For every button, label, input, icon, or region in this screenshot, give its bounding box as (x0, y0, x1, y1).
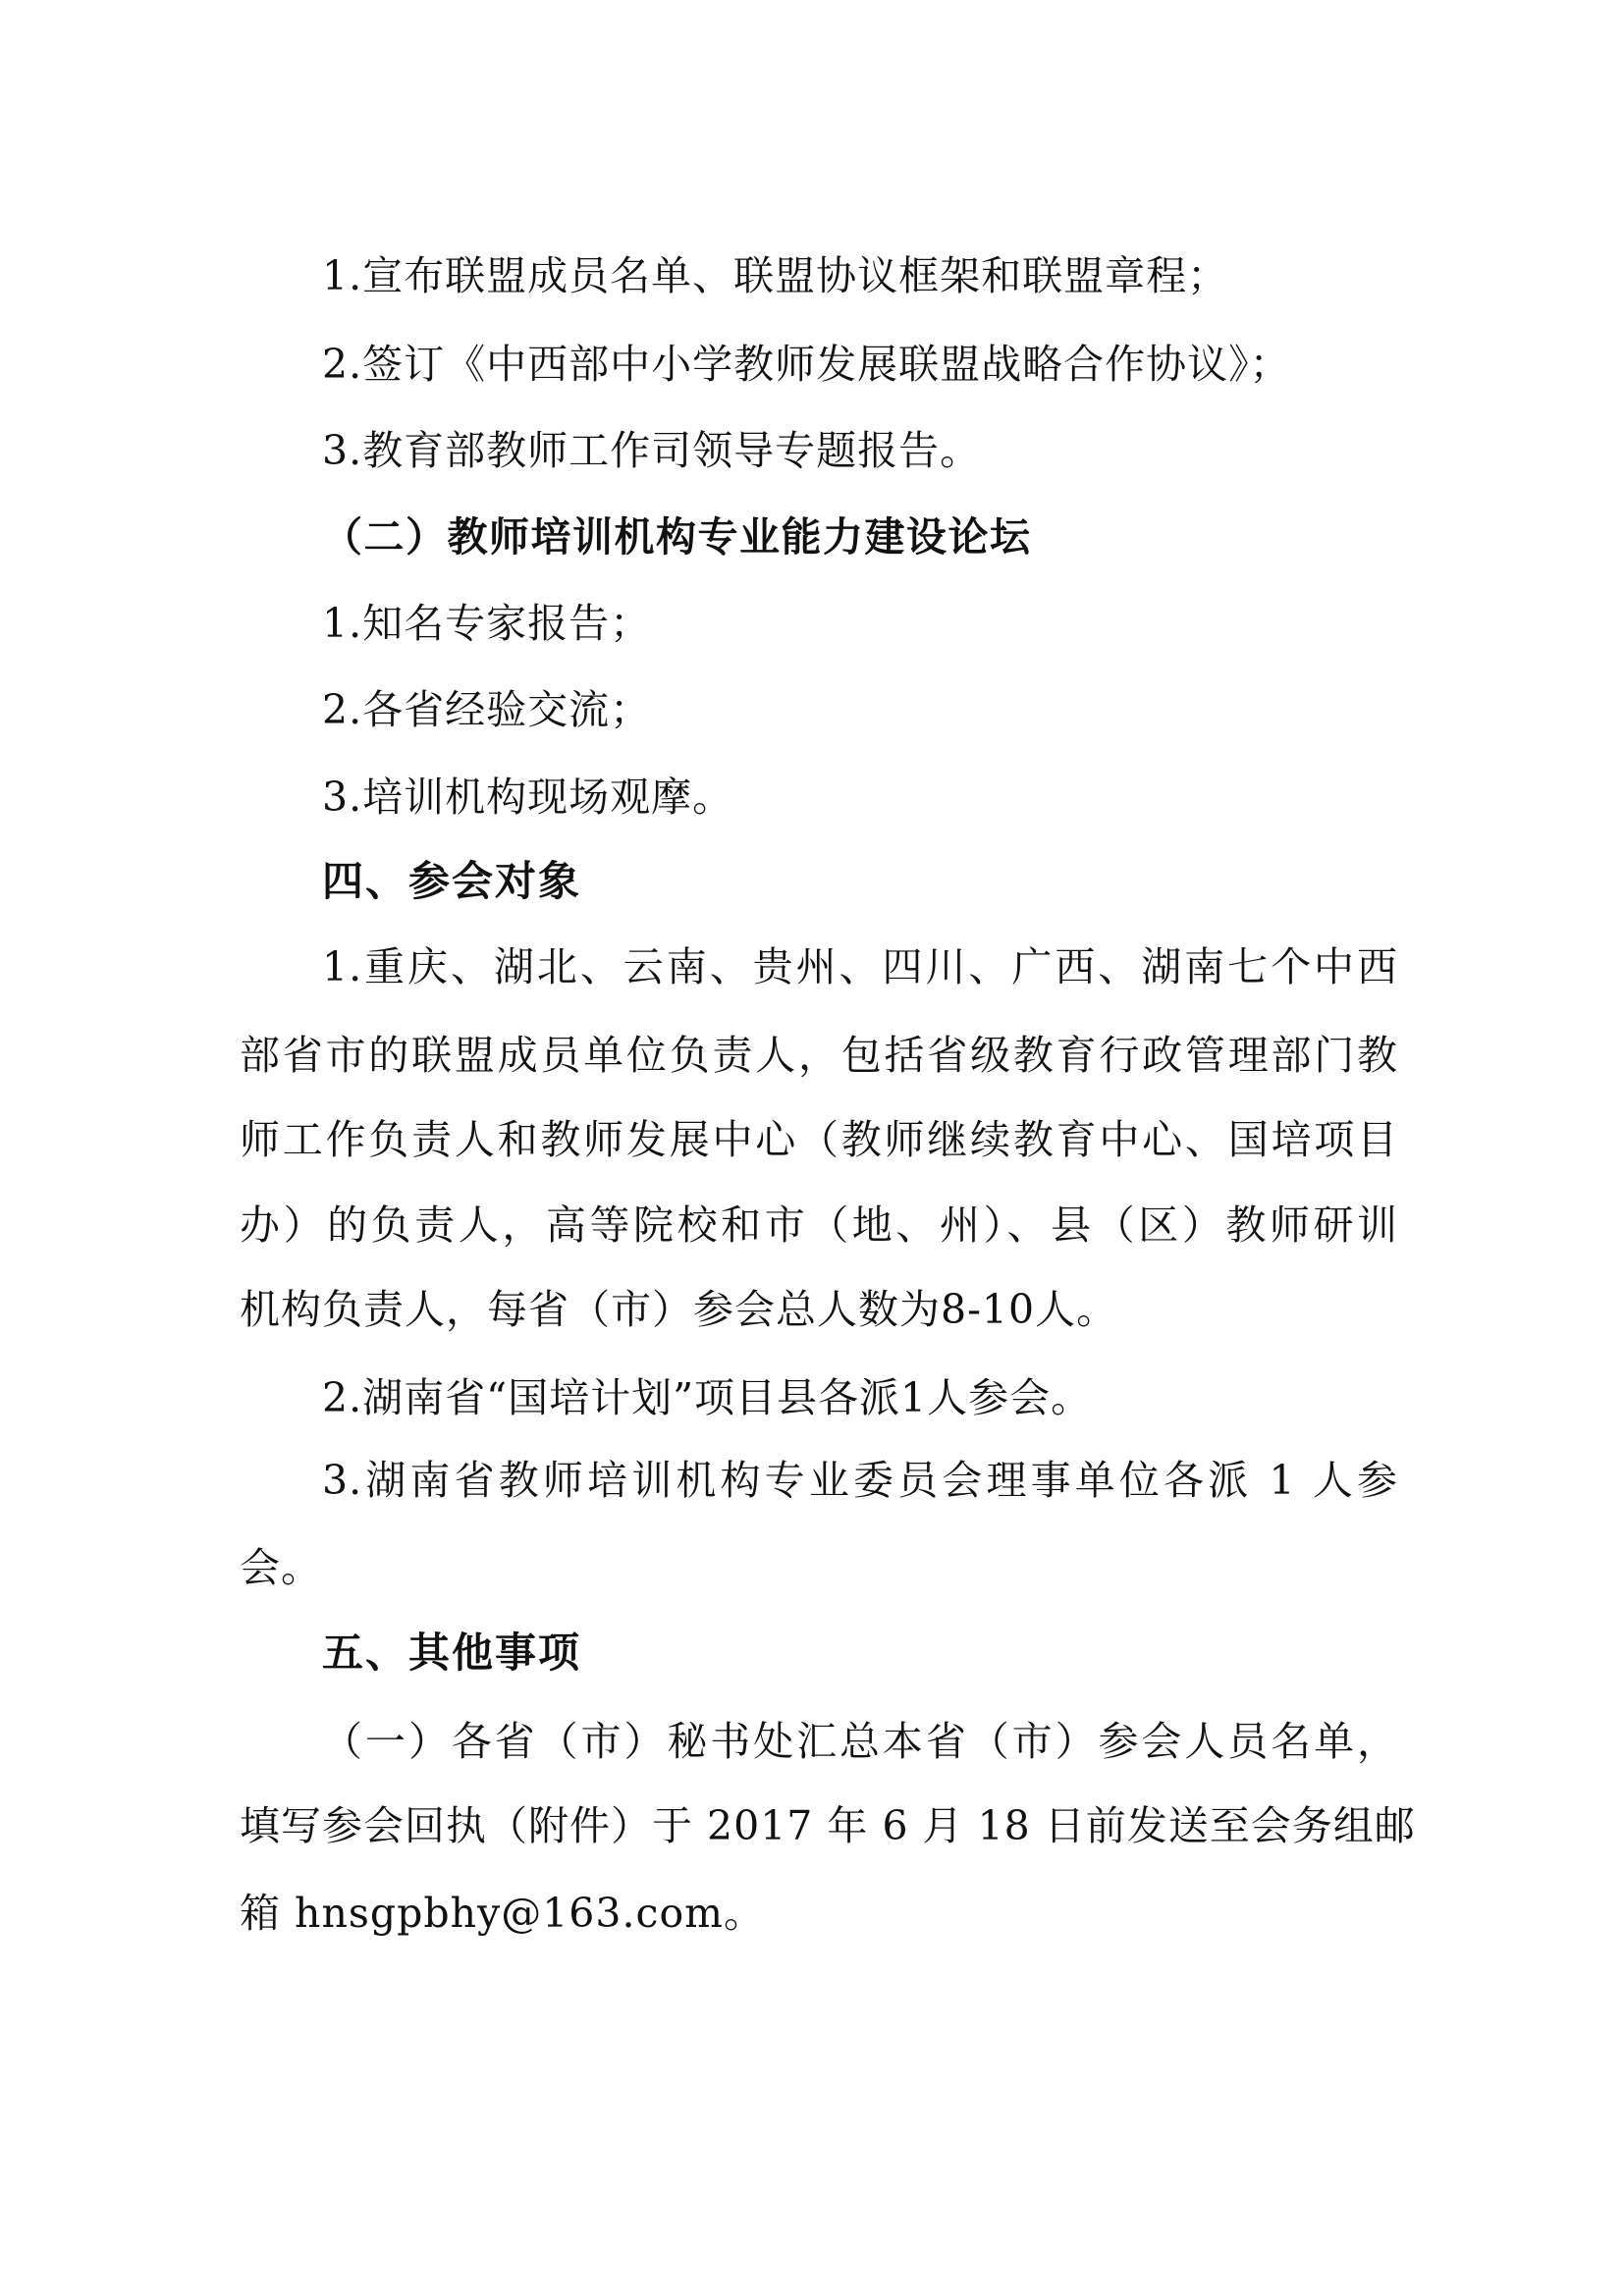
paragraph-line: 填写参会回执（附件）于 2017 年 6 月 18 日前发送至会务组邮 (240, 1783, 1398, 1869)
paragraph-line: （一）各省（市）秘书处汇总本省（市）参会人员名单， (322, 1698, 1398, 1785)
list-item-sign-agreement: 2.签订《中西部中小学教师发展联盟战略合作协议》； (322, 321, 1398, 407)
paragraph-line: 办）的负责人，高等院校和市（地、州）、县（区）教师研训 (240, 1182, 1398, 1268)
contact-email-line: 箱 hnsgpbhy@163.com。 (240, 1870, 1398, 1956)
paragraph-line: 机构负责人，每省（市）参会总人数为8-10人。 (240, 1266, 1398, 1353)
list-item-ministry-report: 3.教育部教师工作司领导专题报告。 (322, 407, 1398, 494)
section-heading-other-matters: 五、其他事项 (322, 1610, 1398, 1696)
paragraph-line: 1.重庆、湖北、云南、贵州、四川、广西、湖南七个中西 (322, 924, 1398, 1010)
paragraph-line: 3.湖南省教师培训机构专业委员会理事单位各派 1 人参 (322, 1437, 1398, 1523)
section-heading-attendees: 四、参会对象 (322, 838, 1398, 925)
list-item-province-exchange: 2.各省经验交流； (322, 667, 1398, 753)
paragraph-line: 部省市的联盟成员单位负责人，包括省级教育行政管理部门教 (240, 1012, 1398, 1098)
paragraph-line: 会。 (240, 1524, 1398, 1611)
list-item-expert-report: 1.知名专家报告； (322, 580, 1398, 667)
list-item-announce-roster: 1.宣布联盟成员名单、联盟协议框架和联盟章程； (322, 233, 1398, 319)
document-page: 1.宣布联盟成员名单、联盟协议框架和联盟章程； 2.签订《中西部中小学教师发展联… (0, 0, 1624, 2296)
paragraph-line: 师工作负责人和教师发展中心（教师继续教育中心、国培项目 (240, 1096, 1398, 1183)
list-item-site-visit: 3.培训机构现场观摩。 (322, 754, 1398, 840)
subheading-forum: （二）教师培训机构专业能力建设论坛 (322, 494, 1398, 580)
paragraph-guopei-counties: 2.湖南省“国培计划”项目县各派1人参会。 (322, 1355, 1398, 1441)
